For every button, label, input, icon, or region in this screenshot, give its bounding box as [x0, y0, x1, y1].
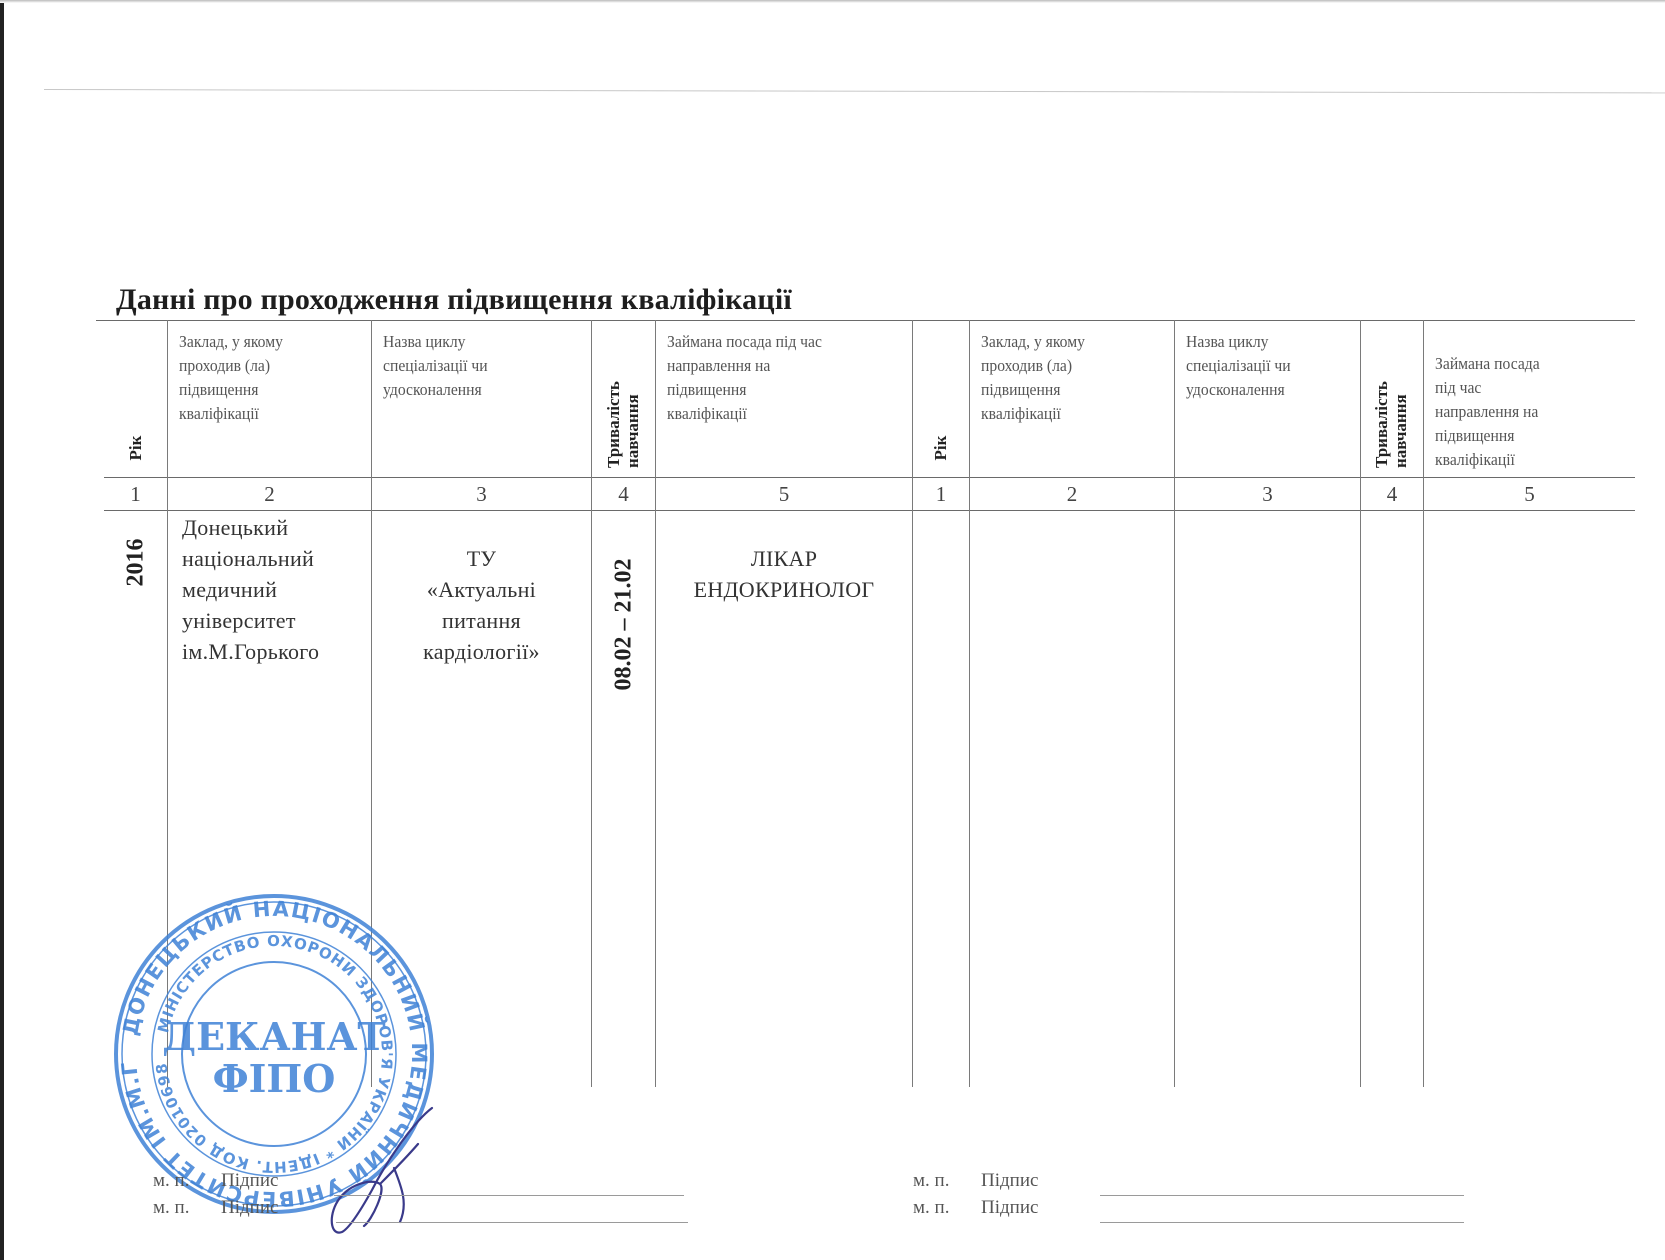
- header-duration-right: Тривалість навчання: [1361, 320, 1423, 477]
- table-row-cycle: ТУ «Актуальні питання кардіології»: [372, 543, 591, 667]
- column-number: 4: [1361, 478, 1423, 510]
- column-number: 1: [913, 478, 969, 510]
- table-row-duration-right: [1361, 511, 1423, 1087]
- column-number: 2: [970, 478, 1174, 510]
- header-cycle: Назва циклу спеціалізації чи удосконален…: [372, 320, 573, 477]
- table-row-duration: 08.02 – 21.02: [592, 511, 655, 1087]
- handwritten-signature-icon: [320, 1100, 440, 1240]
- signature-row-left-1: м. п.Підпис: [153, 1170, 278, 1192]
- column-number: 4: [592, 478, 655, 510]
- stamp-center-line2: ФІПО: [213, 1056, 336, 1101]
- header-institution-right: Заклад, у якому проходив (ла) підвищення…: [970, 320, 1158, 477]
- header-position: Займана посада під час направлення на пі…: [656, 320, 892, 477]
- signature-row-left-2: м. п.Підпис: [153, 1197, 278, 1219]
- table-row-position-right: [1424, 511, 1635, 1087]
- signature-row-right-1: м. п.Підпис: [913, 1170, 1038, 1192]
- header-cycle-right: Назва циклу спеціалізації чи удосконален…: [1175, 320, 1345, 477]
- table-row-institution: Донецький національний медичний універси…: [182, 512, 371, 667]
- signature-line: [1100, 1195, 1464, 1196]
- column-number: 3: [372, 478, 591, 510]
- stamp-center-line1: ДЕКАНАТ: [162, 1014, 385, 1059]
- column-number: 2: [168, 478, 371, 510]
- column-number: 3: [1175, 478, 1360, 510]
- header-institution: Заклад, у якому проходив (ла) підвищення…: [168, 320, 355, 477]
- signature-line: [1100, 1222, 1464, 1223]
- header-position-right: Займана посада під час направлення на пі…: [1424, 320, 1618, 477]
- table-row-institution-right: [970, 511, 1174, 1087]
- table-row-cycle-right: [1175, 511, 1360, 1087]
- header-year: Рік: [104, 320, 167, 477]
- header-year-right: Рік: [913, 320, 969, 477]
- signature-line: [336, 1222, 688, 1223]
- table-row-position: ЛІКАР ЕНДОКРИНОЛОГ: [656, 543, 912, 605]
- signature-line: [334, 1195, 684, 1196]
- column-number: 5: [656, 478, 912, 510]
- table-row-year-right: [913, 511, 969, 1087]
- column-number: 1: [104, 478, 167, 510]
- column-number: 5: [1424, 478, 1635, 510]
- signature-row-right-2: м. п.Підпис: [913, 1197, 1038, 1219]
- header-duration: Тривалість навчання: [592, 320, 655, 477]
